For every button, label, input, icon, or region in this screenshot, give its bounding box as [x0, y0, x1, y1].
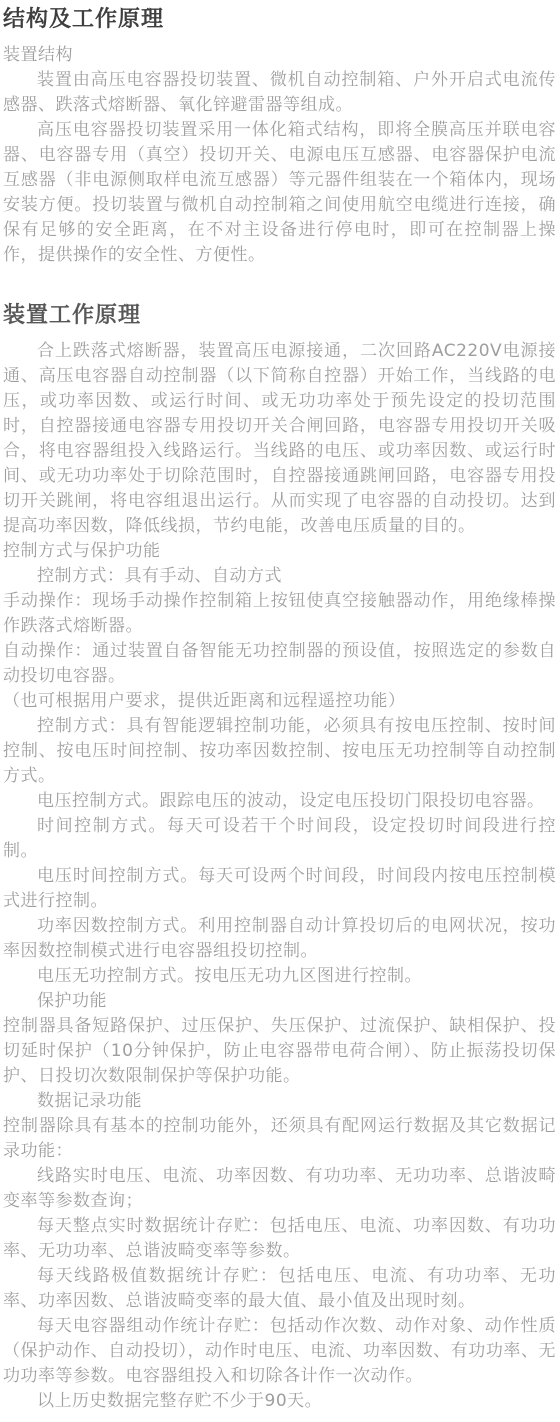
section-title-working-principle: 装置工作原理: [3, 302, 556, 330]
paragraph-working-principle: 合上跌落式熔断器，装置高压电源接通，二次回路AC220V电源接通、高压电容器自动…: [3, 339, 556, 539]
paragraph-voltage-reactive-control-mode: 电压无功控制方式。按电压无功九区图进行控制。: [3, 964, 556, 989]
paragraph-manual-operation: 手动操作：现场手动操作控制箱上按钮使真空接触器动作，用绝缘棒操作跌落式熔断器。: [3, 589, 556, 639]
paragraph-control-modes: 控制方式：具有手动、自动方式: [3, 564, 556, 589]
paragraph-voltage-time-control-mode: 电压时间控制方式。每天可设两个时间段，时间段内按电压控制模式进行控制。: [3, 864, 556, 914]
paragraph-extreme-statistics: 每天线路极值数据统计存贮：包括电压、电流、有功功率、无功率、功率因数、总谐波畸变…: [3, 1264, 556, 1314]
paragraph-data-record-label: 数据记录功能: [3, 1089, 556, 1114]
paragraph-realtime-query: 线路实时电压、电流、功率因数、有功功率、无功功率、总谐波畸变率等参数查询；: [3, 1164, 556, 1214]
document-page: 结构及工作原理 装置结构 装置由高压电容器投切装置、微机自动控制箱、户外开启式电…: [0, 0, 560, 1422]
paragraph-protection-functions: 控制器具备短路保护、过压保护、失压保护、过流保护、缺相保护、投切延时保护（10分…: [3, 1014, 556, 1089]
paragraph-protection-label: 保护功能: [3, 989, 556, 1014]
paragraph-device-structure-label: 装置结构: [3, 43, 556, 68]
paragraph-device-composition: 装置由高压电容器投切装置、微机自动控制箱、户外开启式电流传感器、跌落式熔断器、氧…: [3, 68, 556, 118]
paragraph-action-statistics: 每天电容器组动作统计存贮：包括动作次数、动作对象、动作性质（保护动作、自动投切）…: [3, 1314, 556, 1389]
paragraph-auto-operation: 自动操作：通过装置自备智能无功控制器的预设值，按照选定的参数自动投切电容器。: [3, 639, 556, 689]
paragraph-control-protection-label: 控制方式与保护功能: [3, 539, 556, 564]
section-title-structure: 结构及工作原理: [3, 6, 556, 34]
paragraph-box-structure: 高压电容器投切装置采用一体化箱式结构，即将全膜高压并联电容器、电容器专用（真空）…: [3, 118, 556, 268]
paragraph-smart-logic-control: 控制方式：具有智能逻辑控制功能，必须具有按电压控制、按时间控制、按电压时间控制、…: [3, 714, 556, 789]
paragraph-power-factor-control-mode: 功率因数控制方式。利用控制器自动计算投切后的电网状况，按功率因数控制模式进行电容…: [3, 914, 556, 964]
paragraph-hourly-statistics: 每天整点实时数据统计存贮：包括电压、电流、功率因数、有功功率、无功功率、总谐波畸…: [3, 1214, 556, 1264]
paragraph-data-record-intro: 控制器除具有基本的控制功能外，还须具有配网运行数据及其它数据记录功能：: [3, 1114, 556, 1164]
paragraph-remote-control-note: （也可根据用户要求，提供近距离和远程遥控功能）: [3, 689, 556, 714]
paragraph-time-control-mode: 时间控制方式。每天可设若干个时间段，设定投切时间段进行控制。: [3, 814, 556, 864]
paragraph-history-retention: 以上历史数据完整存贮不少于90天。: [3, 1389, 556, 1414]
paragraph-voltage-control-mode: 电压控制方式。跟踪电压的波动，设定电压投切门限投切电容器。: [3, 789, 556, 814]
